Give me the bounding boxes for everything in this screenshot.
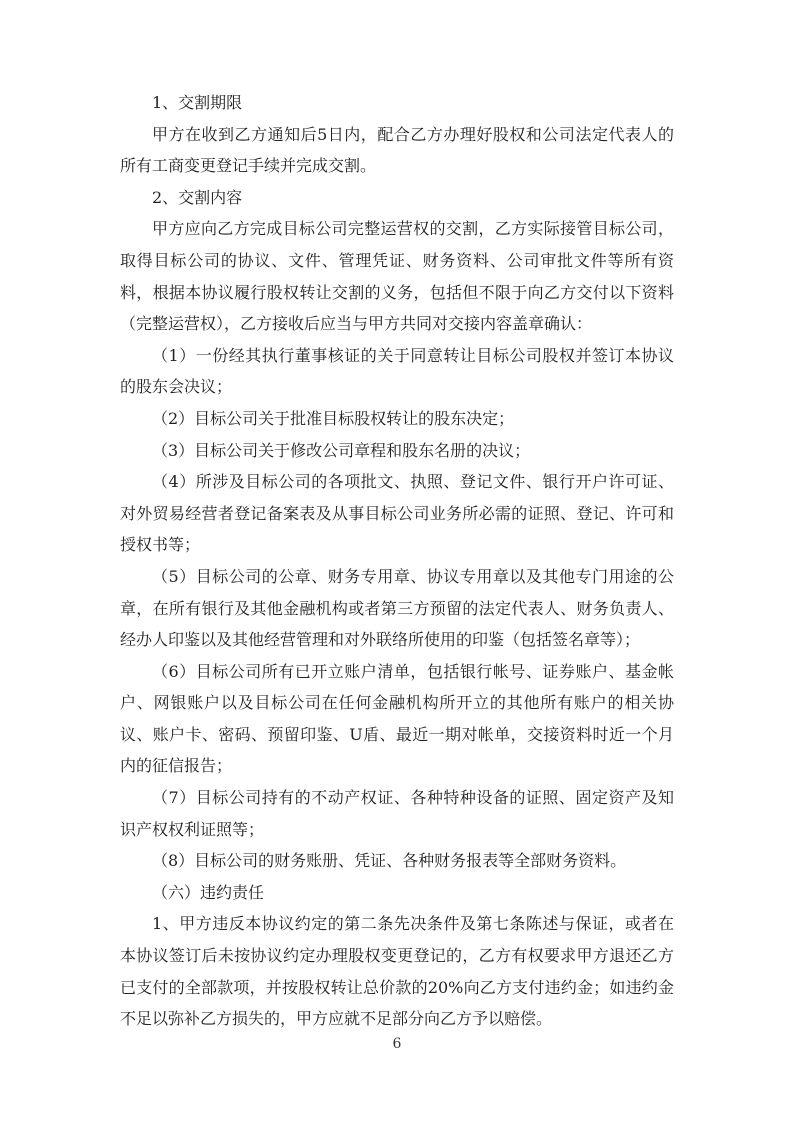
paragraph-delivery-content-body: 甲方应向乙方完成目标公司完整运营权的交割，乙方实际接管目标公司，取得目标公司的协… bbox=[120, 213, 674, 339]
list-item-5: （5）目标公司的公章、财务专用章、协议专用章以及其他专门用途的公章，在所有银行及… bbox=[120, 561, 674, 656]
page-footer: 6 bbox=[0, 1036, 794, 1052]
page-number: 6 bbox=[393, 1036, 402, 1052]
clause-heading-delivery-content: 2、交割内容 bbox=[120, 182, 674, 214]
document-page: 1、交割期限 甲方在收到乙方通知后5日内，配合乙方办理好股权和公司法定代表人的所… bbox=[0, 0, 794, 1123]
paragraph-breach-liability-body: 1、甲方违反本协议约定的第二条先决条件及第七条陈述与保证，或者在本协议签订后未按… bbox=[120, 908, 674, 1034]
list-item-3: （3）目标公司关于修改公司章程和股东名册的决议； bbox=[120, 435, 674, 467]
list-item-6: （6）目标公司所有已开立账户清单，包括银行帐号、证券账户、基金帐户、网银账户以及… bbox=[120, 656, 674, 782]
section-heading-breach-liability: （六）违约责任 bbox=[120, 877, 674, 909]
clause-heading-delivery-period: 1、交割期限 bbox=[120, 87, 674, 119]
paragraph-delivery-period-body: 甲方在收到乙方通知后5日内，配合乙方办理好股权和公司法定代表人的所有工商变更登记… bbox=[120, 119, 674, 182]
list-item-8: （8）目标公司的财务账册、凭证、各种财务报表等全部财务资料。 bbox=[120, 845, 674, 877]
list-item-1: （1）一份经其执行董事核证的关于同意转让目标公司股权并签订本协议的股东会决议； bbox=[120, 340, 674, 403]
document-body: 1、交割期限 甲方在收到乙方通知后5日内，配合乙方办理好股权和公司法定代表人的所… bbox=[120, 87, 674, 1035]
list-item-2: （2）目标公司关于批准目标股权转让的股东决定； bbox=[120, 403, 674, 435]
list-item-7: （7）目标公司持有的不动产权证、各种特种设备的证照、固定资产及知识产权权利证照等… bbox=[120, 782, 674, 845]
list-item-4: （4）所涉及目标公司的各项批文、执照、登记文件、银行开户许可证、对外贸易经营者登… bbox=[120, 466, 674, 561]
